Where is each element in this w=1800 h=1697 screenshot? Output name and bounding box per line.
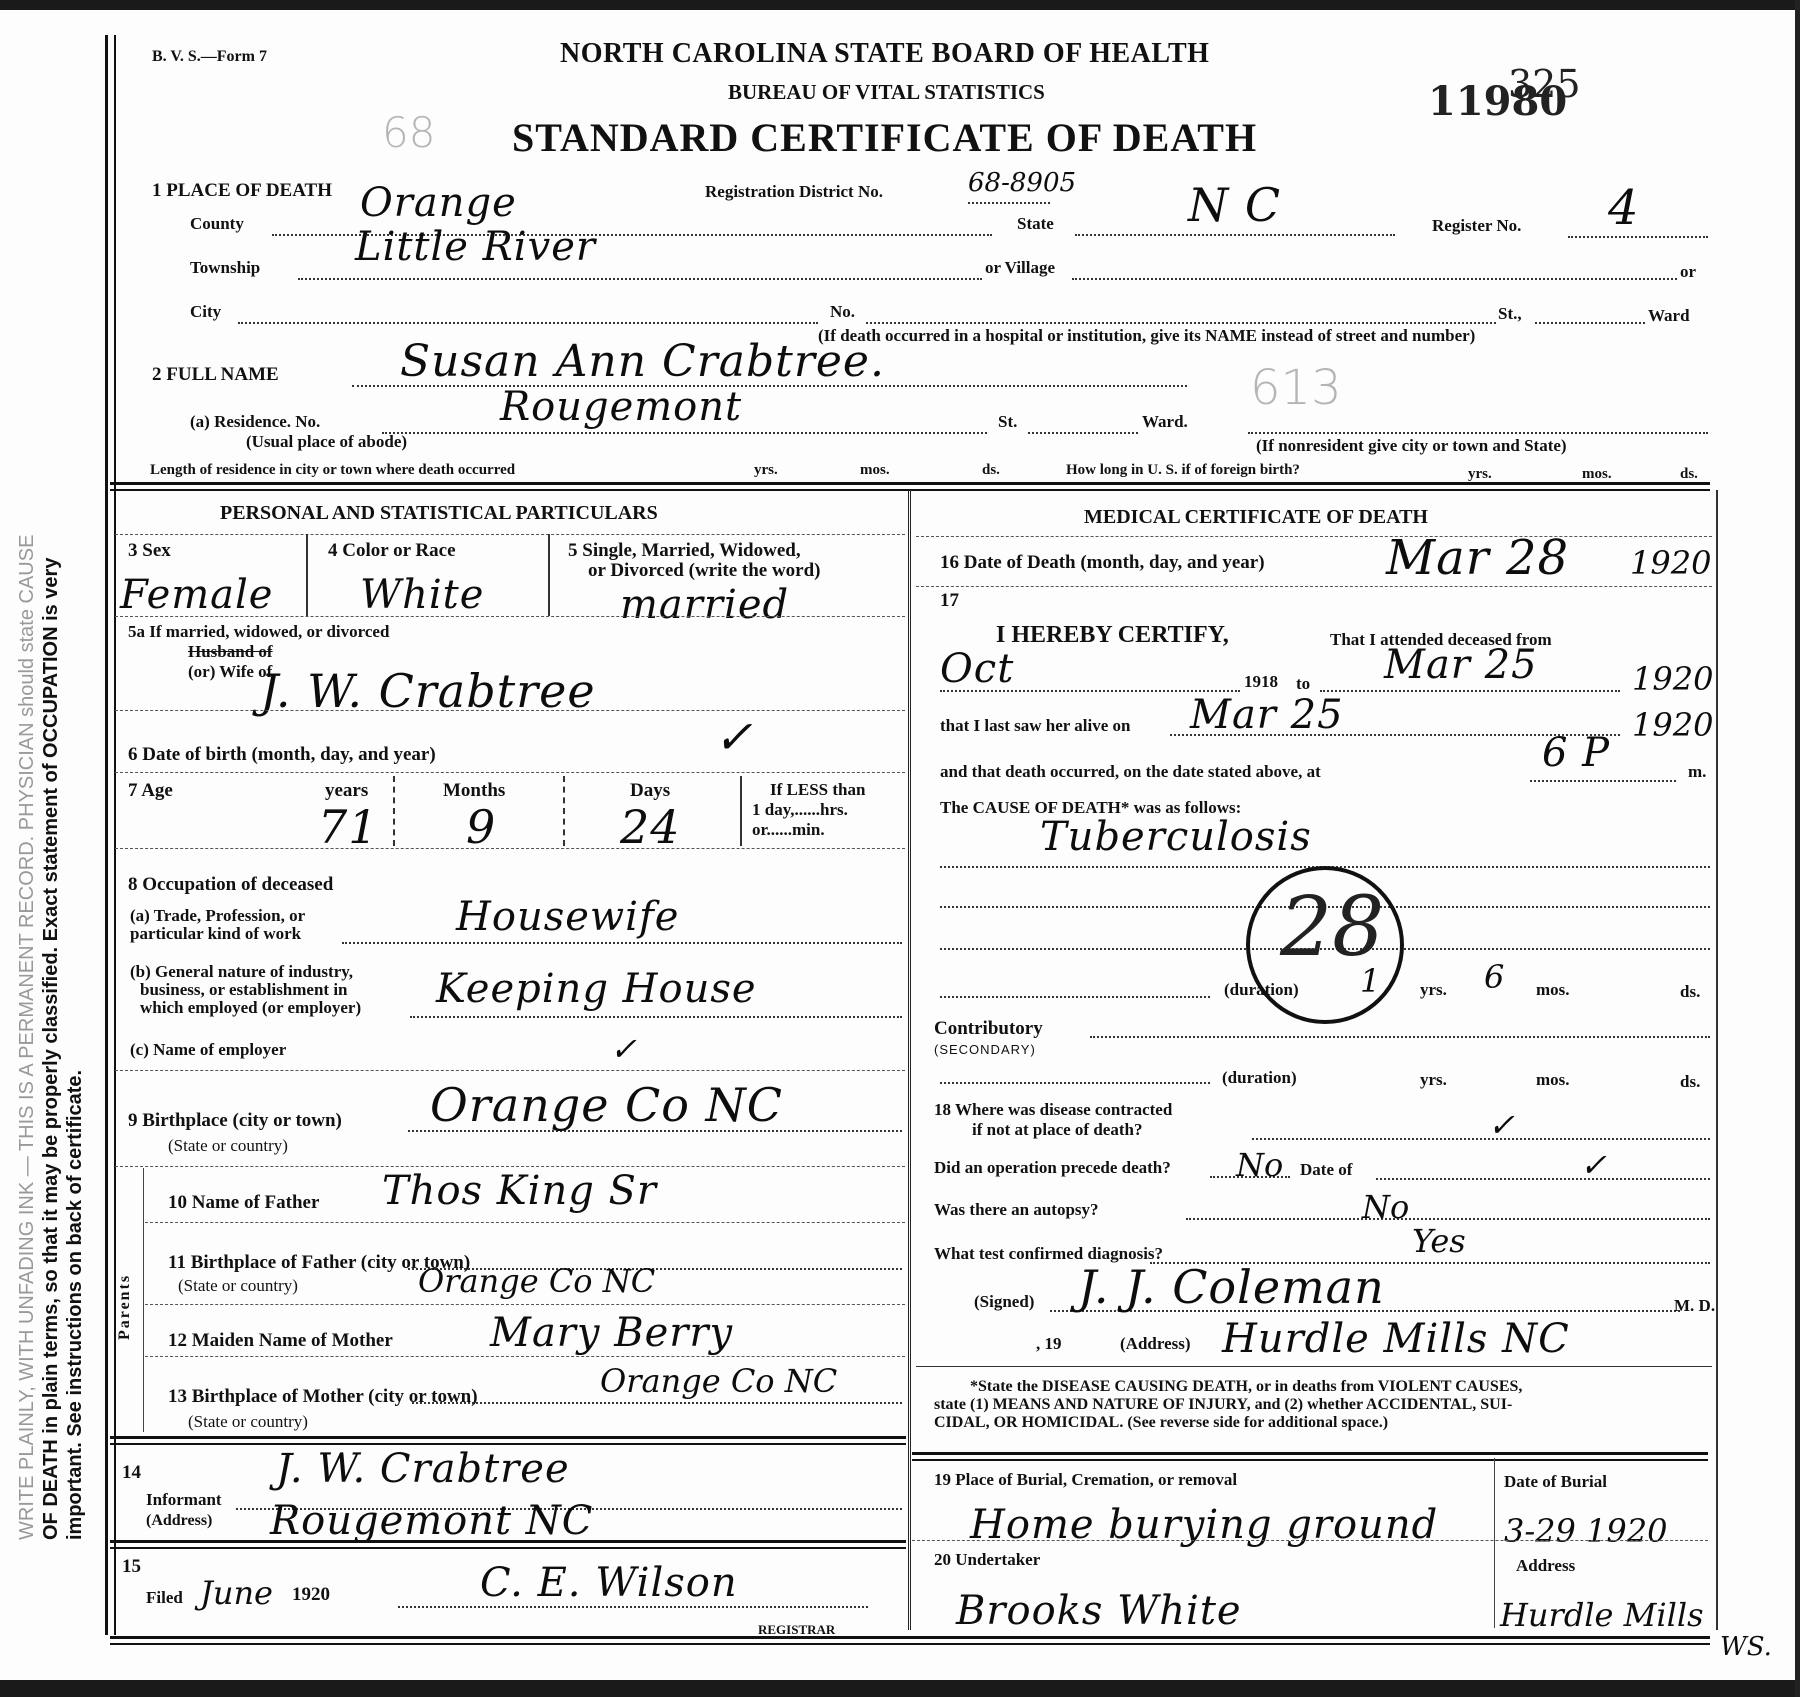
dob-value: ✓ — [714, 710, 754, 764]
length-residence-label: Length of residence in city or town wher… — [150, 462, 515, 479]
full-name-value: Susan Ann Crabtree. — [400, 336, 885, 387]
rule — [145, 1356, 905, 1357]
sex-value: Female — [120, 572, 273, 618]
industry-label-3: which employed (or employer) — [140, 998, 361, 1018]
duration-yrs-label: yrs. — [1420, 980, 1447, 1000]
father-value: Thos King Sr — [382, 1168, 657, 1214]
contributory-ds-label: ds. — [1680, 1072, 1700, 1092]
rule — [916, 1366, 1712, 1367]
age-less-label-1: If LESS than — [770, 780, 865, 800]
parents-bracket — [143, 1168, 144, 1432]
reg-district-line — [968, 202, 1050, 204]
rule — [115, 534, 905, 535]
side-instruction-line-1: WRITE PLAINLY, WITH UNFADING INK — THIS … — [16, 535, 39, 1540]
spouse-label-1: 5a If married, widowed, or divorced — [128, 622, 389, 642]
side-instruction-line-3: important. See instructions on back of c… — [64, 1070, 87, 1540]
duration-mos-label: mos. — [1536, 980, 1570, 1000]
rule — [115, 710, 905, 711]
contributory-mos-label: mos. — [1536, 1070, 1570, 1090]
left-frame-rule — [105, 35, 116, 1635]
father-birthplace-value: Orange Co NC — [418, 1262, 655, 1300]
mother-label: 12 Maiden Name of Mother — [168, 1330, 393, 1352]
rule — [145, 1304, 905, 1305]
footnote-line-1: *State the DISEASE CAUSING DEATH, or in … — [970, 1378, 1522, 1396]
rule — [1494, 1458, 1495, 1628]
operation-value: No — [1236, 1146, 1283, 1184]
burial-place-label: 19 Place of Burial, Cremation, or remova… — [934, 1470, 1237, 1490]
rule — [1090, 1036, 1710, 1038]
occupation-label: 8 Occupation of deceased — [128, 874, 333, 896]
rule — [115, 1166, 905, 1167]
state-line — [1075, 234, 1395, 236]
physician-address-label: (Address) — [1120, 1334, 1191, 1354]
contributory-label: Contributory — [934, 1018, 1043, 1040]
informant-label: Informant — [146, 1490, 222, 1510]
parents-label: Parents — [116, 1274, 134, 1340]
filed-label: Filed — [146, 1588, 183, 1608]
attended-from-year: 1918 — [1244, 672, 1278, 692]
state-label: State — [1017, 214, 1054, 234]
duration-label: (duration) — [1224, 980, 1299, 1000]
rule — [1186, 1218, 1710, 1220]
township-line — [298, 278, 982, 280]
village-line — [1072, 278, 1677, 280]
trade-label-2: particular kind of work — [130, 924, 301, 944]
last-saw-value: Mar 25 — [1190, 692, 1344, 738]
autopsy-label: Was there an autopsy? — [934, 1200, 1099, 1220]
rule — [115, 1070, 905, 1071]
foreign-birth-label: How long in U. S. if of foreign birth? — [1066, 462, 1300, 479]
dod-label: 16 Date of Death (month, day, and year) — [940, 552, 1265, 574]
marital-label-2: or Divorced (write the word) — [588, 560, 821, 582]
rule — [548, 534, 550, 616]
dod-value: Mar 28 — [1386, 530, 1569, 586]
death-certificate: WRITE PLAINLY, WITH UNFADING INK — THIS … — [0, 0, 1800, 1697]
age-months-label: Months — [443, 780, 505, 802]
footnote-line-2: state (1) MEANS AND NATURE OF INJURY, an… — [934, 1396, 1512, 1414]
race-value: White — [360, 572, 484, 618]
marital-label-1: 5 Single, Married, Widowed, — [568, 540, 801, 562]
state-value: N C — [1188, 178, 1281, 232]
rule — [912, 1540, 1708, 1541]
rule — [1252, 1138, 1710, 1140]
nonresident-note: (If nonresident give city or town and St… — [1256, 436, 1567, 456]
county-label: County — [190, 214, 244, 234]
reg-district-value: 68-8905 — [968, 168, 1076, 198]
pencil-note-613: 613 — [1250, 360, 1342, 416]
footnote-line-3: CIDAL, OR HOMICIDAL. (See reverse side f… — [934, 1414, 1388, 1432]
contracted-label-1: 18 Where was disease contracted — [934, 1100, 1172, 1120]
rule — [110, 1540, 906, 1549]
rule — [740, 776, 742, 846]
mother-birthplace-sub-label: (State or country) — [188, 1412, 308, 1432]
informant-number: 14 — [122, 1462, 141, 1484]
employer-label: (c) Name of employer — [130, 1040, 286, 1060]
rule — [115, 616, 905, 617]
attended-to-label: to — [1296, 674, 1310, 694]
cause-code: 28 — [1280, 880, 1384, 975]
undertaker-value: Brooks White — [956, 1588, 1242, 1634]
death-time-label: and that death occurred, on the date sta… — [940, 762, 1321, 782]
industry-value: Keeping House — [436, 966, 757, 1012]
rule — [115, 772, 905, 773]
informant-address-label: (Address) — [146, 1512, 212, 1530]
scan-border-right — [1795, 0, 1800, 1697]
burial-date-label: Date of Burial — [1504, 1472, 1607, 1492]
last-saw-year: 1920 — [1632, 706, 1713, 744]
initials: WS. — [1720, 1632, 1772, 1662]
rule — [563, 776, 565, 846]
residence-line — [382, 432, 987, 434]
agency-title: NORTH CAROLINA STATE BOARD OF HEALTH — [560, 38, 1209, 70]
certificate-number-overwrite: 325 — [1508, 62, 1581, 106]
county-value: Orange — [360, 180, 517, 226]
length-mos-label: mos. — [860, 462, 890, 479]
contributory-duration-label: (duration) — [1222, 1068, 1297, 1088]
attended-to-year: 1920 — [1632, 660, 1713, 698]
or-label: or — [1680, 262, 1696, 282]
hospital-note: (If death occurred in a hospital or inst… — [818, 326, 1475, 346]
age-years-value: 71 — [318, 800, 379, 854]
pencil-note-68: 68 — [382, 108, 435, 157]
rule — [410, 1016, 902, 1018]
rule — [393, 776, 395, 846]
burial-date-value: 3-29 1920 — [1504, 1512, 1668, 1550]
mother-birthplace-label: 13 Birthplace of Mother (city or town) — [168, 1386, 478, 1408]
register-label: Register No. — [1432, 216, 1521, 236]
street-line — [1535, 322, 1645, 324]
scan-border-top — [0, 0, 1800, 10]
last-saw-label: that I last saw her alive on — [940, 716, 1130, 736]
residence-ward-line — [1248, 432, 1708, 434]
dob-label: 6 Date of birth (month, day, and year) — [128, 744, 436, 766]
father-label: 10 Name of Father — [168, 1192, 319, 1214]
race-label: 4 Color or Race — [328, 540, 456, 562]
right-column-rule — [1716, 490, 1718, 1630]
duration-yrs-value: 1 — [1360, 962, 1380, 1000]
personal-section-header: PERSONAL AND STATISTICAL PARTICULARS — [220, 502, 658, 525]
full-name-label: 2 FULL NAME — [152, 364, 279, 386]
city-label: City — [190, 302, 221, 322]
rule — [1530, 780, 1676, 782]
age-label: 7 Age — [128, 780, 173, 802]
attended-to-value: Mar 25 — [1384, 642, 1538, 688]
foreign-mos-label: mos. — [1582, 466, 1612, 483]
md-label: M. D. — [1674, 1296, 1715, 1316]
age-months-value: 9 — [466, 800, 496, 854]
side-instruction-line-2: OF DEATH in plain terms, so that it may … — [40, 558, 63, 1540]
father-birthplace-sub-label: (State or country) — [178, 1276, 298, 1296]
informant-address-value: Rougemont NC — [270, 1498, 593, 1544]
filed-date-value: June — [200, 1574, 273, 1612]
rule — [940, 1082, 1210, 1084]
rule — [145, 1222, 905, 1223]
physician-address-value: Hurdle Mills NC — [1222, 1316, 1570, 1362]
registrar-signature: C. E. Wilson — [480, 1560, 738, 1606]
street-no-line — [866, 322, 1496, 324]
rule — [916, 586, 1712, 587]
rule — [916, 536, 1712, 537]
contracted-label-2: if not at place of death? — [972, 1120, 1142, 1140]
rule — [1376, 1178, 1710, 1180]
residence-ward-label: Ward. — [1142, 412, 1188, 432]
mother-value: Mary Berry — [490, 1310, 733, 1356]
rule — [940, 996, 1210, 998]
place-of-death-label: 1 PLACE OF DEATH — [152, 180, 332, 202]
secondary-label: (SECONDARY) — [934, 1042, 1036, 1057]
mother-birthplace-value: Orange Co NC — [600, 1362, 837, 1400]
operation-date-label: Date of — [1300, 1160, 1352, 1180]
undertaker-label: 20 Undertaker — [934, 1550, 1040, 1570]
residence-sub-label: (Usual place of abode) — [246, 432, 407, 452]
residence-value: Rougemont — [500, 384, 742, 430]
side-instructions: WRITE PLAINLY, WITH UNFADING INK — THIS … — [8, 60, 103, 1520]
contracted-value: ✓ — [1488, 1106, 1515, 1144]
undertaker-address-value: Hurdle Mills — [1500, 1596, 1704, 1634]
death-time-suffix: m. — [1688, 762, 1706, 782]
signed-label: (Signed) — [974, 1292, 1034, 1312]
reg-district-label: Registration District No. — [705, 182, 883, 202]
operation-date-value: ✓ — [1580, 1146, 1607, 1184]
register-line — [1568, 236, 1708, 238]
bureau-title: BUREAU OF VITAL STATISTICS — [728, 80, 1045, 105]
certify-lead: I HEREBY CERTIFY, — [996, 622, 1229, 649]
birthplace-value: Orange Co NC — [430, 1078, 783, 1132]
age-years-label: years — [325, 780, 368, 802]
industry-label-2: business, or establishment in — [140, 980, 348, 1000]
rule — [912, 1452, 1708, 1461]
attended-from-value: Oct — [940, 646, 1014, 692]
street-no-label: No. — [830, 302, 855, 322]
rule — [110, 1436, 906, 1445]
age-less-label-2: 1 day,......hrs. — [752, 800, 848, 820]
spouse-label-2: Husband of — [188, 642, 273, 662]
medical-section-header: MEDICAL CERTIFICATE OF DEATH — [1084, 506, 1428, 529]
operation-label: Did an operation precede death? — [934, 1158, 1171, 1178]
undertaker-address-label: Address — [1516, 1556, 1575, 1576]
trade-label-1: (a) Trade, Profession, or — [130, 906, 305, 926]
city-line — [238, 322, 818, 324]
ward-label: Ward — [1648, 306, 1690, 326]
age-days-label: Days — [630, 780, 670, 802]
rule — [110, 1636, 1710, 1645]
marital-value: married — [620, 582, 789, 628]
residence-label: (a) Residence. No. — [190, 412, 320, 432]
length-yrs-label: yrs. — [754, 462, 778, 479]
contributory-yrs-label: yrs. — [1420, 1070, 1447, 1090]
village-label: or Village — [985, 258, 1055, 278]
residence-st-label: St. — [998, 412, 1017, 432]
street-label: St., — [1498, 304, 1522, 324]
rule — [1320, 690, 1620, 692]
rule — [342, 942, 902, 944]
employer-value: ✓ — [610, 1030, 637, 1068]
trade-value: Housewife — [456, 894, 679, 940]
age-days-value: 24 — [620, 800, 681, 854]
physician-signature: J. J. Coleman — [1078, 1260, 1385, 1314]
birthplace-label: 9 Birthplace (city or town) — [128, 1110, 342, 1132]
cause-value: Tuberculosis — [1040, 814, 1312, 860]
register-value: 4 — [1608, 180, 1640, 236]
rule — [412, 1402, 902, 1404]
duration-ds-label: ds. — [1680, 982, 1700, 1002]
foreign-ds-label: ds. — [1680, 466, 1698, 483]
birthplace-sub-label: (State or country) — [168, 1136, 288, 1156]
autopsy-value: No — [1362, 1188, 1409, 1226]
informant-name-value: J. W. Crabtree — [276, 1446, 570, 1492]
township-label: Township — [190, 258, 260, 278]
scan-border-bottom — [0, 1680, 1800, 1697]
test-value: Yes — [1412, 1222, 1466, 1260]
burial-place-value: Home burying ground — [970, 1502, 1438, 1548]
township-value: Little River — [355, 224, 596, 270]
dod-year-value: 1920 — [1630, 544, 1711, 582]
industry-label-1: (b) General nature of industry, — [130, 962, 353, 982]
duration-mos-value: 6 — [1484, 958, 1504, 996]
age-less-label-3: or......min. — [752, 820, 825, 840]
filed-year-value: 1920 — [292, 1584, 330, 1606]
page-title: STANDARD CERTIFICATE OF DEATH — [512, 114, 1257, 161]
form-id: B. V. S.—Form 7 — [152, 48, 267, 66]
residence-st-line — [1028, 432, 1138, 434]
filed-number: 15 — [122, 1556, 141, 1578]
rule — [115, 848, 905, 849]
rule — [398, 1606, 868, 1608]
sign-date-prefix: , 19 — [1036, 1334, 1062, 1354]
death-time-value: 6 P — [1542, 730, 1610, 776]
item-17-label: 17 — [940, 590, 959, 612]
foreign-yrs-label: yrs. — [1468, 466, 1492, 483]
sex-label: 3 Sex — [128, 540, 171, 562]
rule — [306, 534, 308, 616]
length-ds-label: ds. — [982, 462, 1000, 479]
